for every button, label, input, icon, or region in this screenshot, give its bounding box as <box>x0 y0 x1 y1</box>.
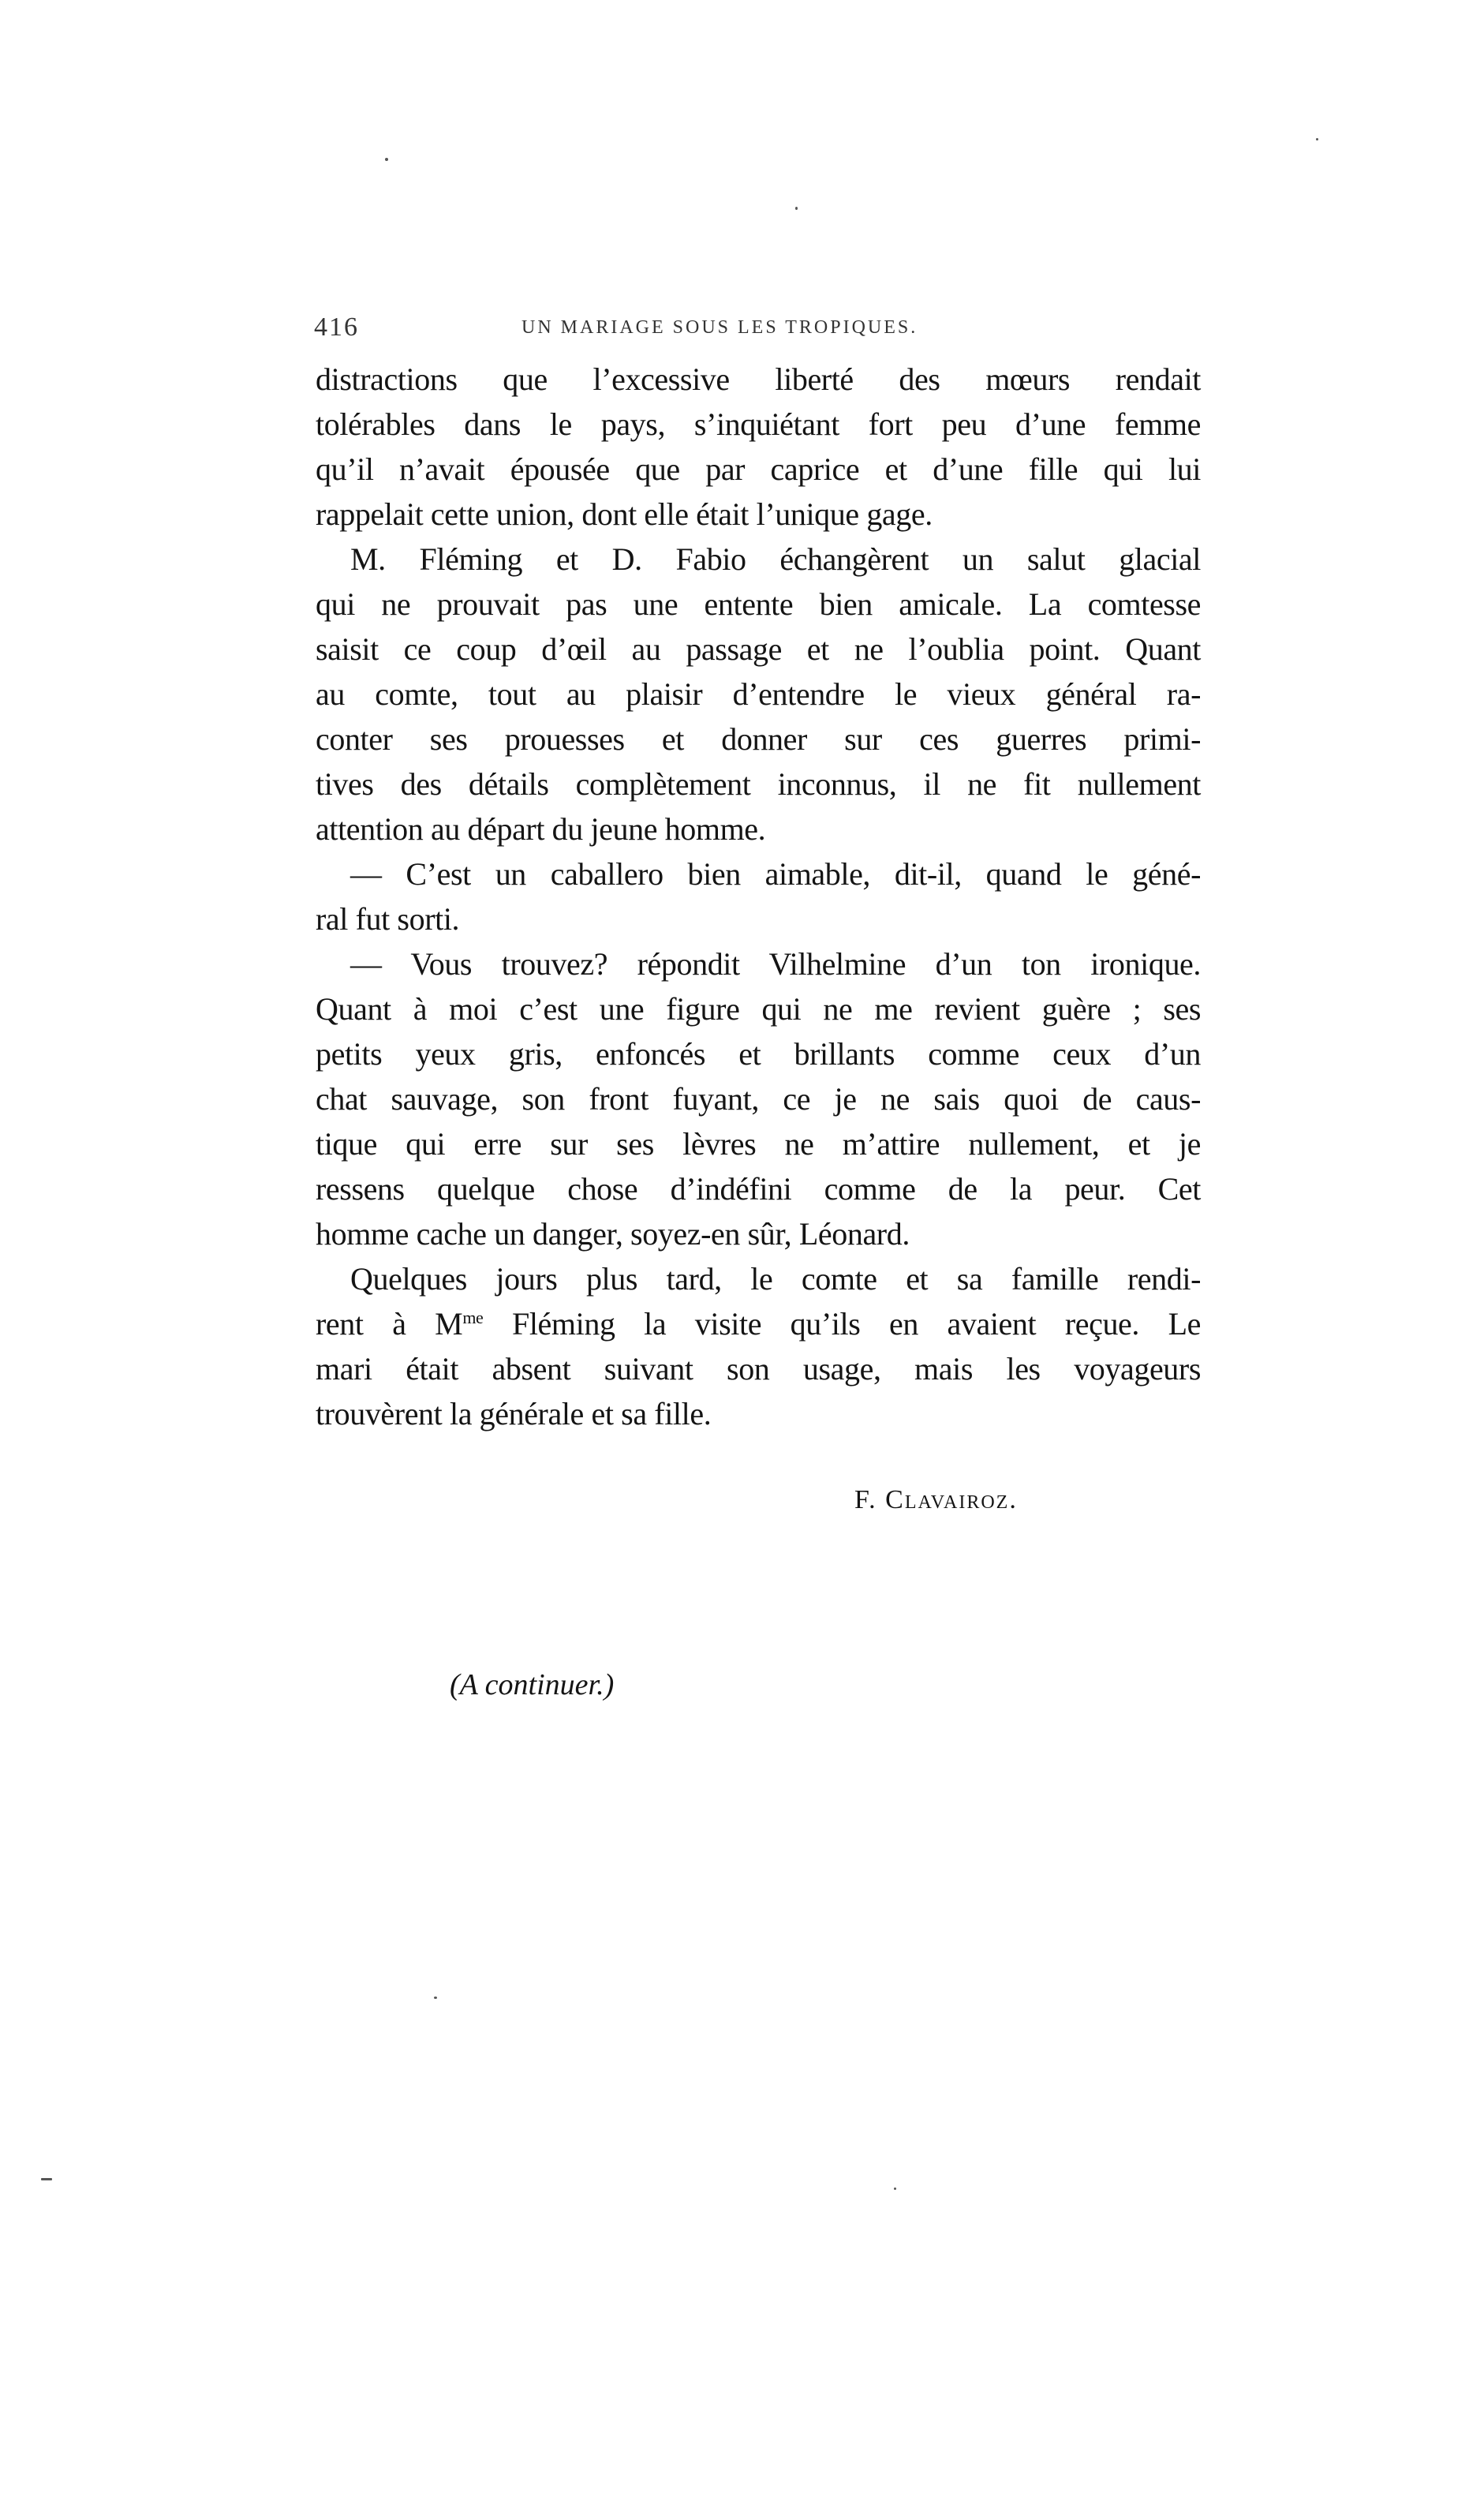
text-line-with-superscript: rent à Mme Fléming la visite qu’ils en a… <box>316 1301 1201 1346</box>
text-line: ressens quelque chose d’indéfini comme d… <box>316 1166 1201 1211</box>
scan-speck <box>795 207 798 210</box>
author-signature: F. Clavairoz. <box>854 1485 1018 1515</box>
body-text: distractions que l’excessive liberté des… <box>316 357 1201 1436</box>
text-line: rappelait cette union, dont elle était l… <box>316 492 1201 537</box>
scan-speck <box>894 2188 896 2190</box>
to-be-continued-note: (A continuer.) <box>450 1667 614 1702</box>
text-line: — Vous trouvez? répondit Vilhelmine d’un… <box>316 941 1201 986</box>
text-line: saisit ce coup d’œil au passage et ne l’… <box>316 627 1201 672</box>
text-line: chat sauvage, son front fuyant, ce je ne… <box>316 1076 1201 1121</box>
running-title: UN MARIAGE SOUS LES TROPIQUES. <box>521 317 918 339</box>
text-line: distractions que l’excessive liberté des… <box>316 357 1201 402</box>
text-line: qu’il n’avait épousée que par caprice et… <box>316 447 1201 492</box>
book-page: 416 UN MARIAGE SOUS LES TROPIQUES. distr… <box>0 0 1484 2515</box>
text-line: attention au départ du jeune homme. <box>316 807 1201 851</box>
text-line: homme cache un danger, soyez-en sûr, Léo… <box>316 1211 1201 1256</box>
running-head: 416 UN MARIAGE SOUS LES TROPIQUES. <box>314 313 1206 344</box>
scan-speck <box>434 1997 437 1999</box>
text-fragment: rent à M <box>316 1306 462 1342</box>
page-number: 416 <box>314 313 359 342</box>
text-line: M. Fléming et D. Fabio échangèrent un sa… <box>316 537 1201 582</box>
text-line: petits yeux gris, enfoncés et brillants … <box>316 1031 1201 1076</box>
text-line: trouvèrent la générale et sa fille. <box>316 1391 1201 1436</box>
superscript-me: me <box>462 1308 483 1327</box>
text-line: ral fut sorti. <box>316 896 1201 941</box>
text-fragment: Fléming la visite qu’ils en avaient reçu… <box>512 1306 1201 1342</box>
text-line: tolérables dans le pays, s’inquiétant fo… <box>316 402 1201 447</box>
text-line: conter ses prouesses et donner sur ces g… <box>316 717 1201 762</box>
text-line: — C’est un caballero bien aimable, dit-i… <box>316 851 1201 896</box>
scan-speck <box>41 2178 52 2180</box>
text-line: qui ne prouvait pas une entente bien ami… <box>316 582 1201 627</box>
text-line: mari était absent suivant son usage, mai… <box>316 1346 1201 1391</box>
text-line: Quant à moi c’est une figure qui ne me r… <box>316 986 1201 1031</box>
text-line: au comte, tout au plaisir d’entendre le … <box>316 672 1201 717</box>
scan-speck <box>1316 138 1318 140</box>
text-line: tique qui erre sur ses lèvres ne m’attir… <box>316 1121 1201 1166</box>
text-line: tives des détails complètement inconnus,… <box>316 762 1201 807</box>
text-line: Quelques jours plus tard, le comte et sa… <box>316 1256 1201 1301</box>
scan-speck <box>385 158 388 161</box>
